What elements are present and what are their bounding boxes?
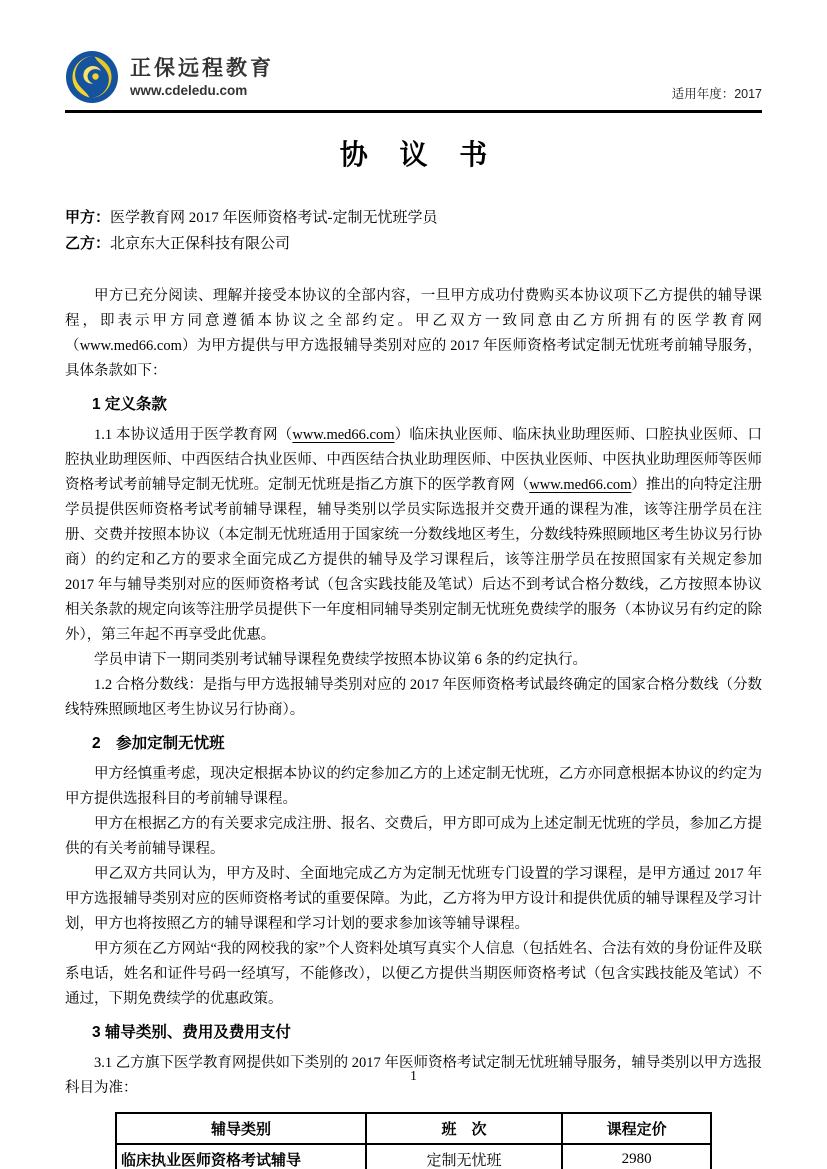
med66-url-link: www.med66.com	[292, 427, 394, 443]
med66-url-link: www.med66.com	[529, 477, 631, 493]
section-2-heading: 2 参加定制无忧班	[65, 731, 762, 756]
document-page: 正保远程教育 www.cdeledu.com 适用年度：2017 协 议 书 甲…	[0, 0, 827, 1169]
section-2-paragraph-2: 甲方在根据乙方的有关要求完成注册、报名、交费后，甲方即可成为上述定制无忧班的学员…	[65, 812, 762, 862]
column-header-class: 班 次	[366, 1113, 562, 1144]
brand-url: www.cdeledu.com	[130, 82, 274, 99]
brand-name: 正保远程教育	[130, 56, 274, 82]
section-3-heading: 3 辅导类别、费用及费用支付	[65, 1020, 762, 1045]
pricing-table-header-row: 辅导类别 班 次 课程定价	[116, 1113, 711, 1144]
document-content: 协 议 书 甲方：医学教育网 2017 年医师资格考试-定制无忧班学员 乙方：北…	[0, 133, 827, 1169]
column-header-price: 课程定价	[562, 1113, 711, 1144]
cell-category: 临床执业医师资格考试辅导	[116, 1144, 366, 1169]
document-title: 协 议 书	[65, 133, 762, 173]
clause-1-1-paragraph: 1.1 本协议适用于医学教育网（www.med66.com）临床执业医师、临床执…	[65, 423, 762, 648]
header-divider	[65, 110, 762, 113]
cell-price: 2980	[562, 1144, 711, 1169]
pricing-table: 辅导类别 班 次 课程定价 临床执业医师资格考试辅导 定制无忧班 2980	[115, 1112, 712, 1169]
section-2-paragraph-4: 甲方须在乙方网站“我的网校我的家”个人资料处填写真实个人信息（包括姓名、合法有效…	[65, 937, 762, 1012]
party-b-line: 乙方：北京东大正保科技有限公司	[65, 231, 762, 257]
document-body: 甲方已充分阅读、理解并接受本协议的全部内容，一旦甲方成功付费购买本协议项下乙方提…	[65, 284, 762, 1169]
party-a-label: 甲方：	[65, 209, 110, 226]
applicable-year-label: 适用年度：2017	[672, 84, 762, 104]
party-b-label: 乙方：	[65, 235, 110, 252]
brand-logo: 正保远程教育 www.cdeledu.com	[65, 50, 274, 104]
clause-1-2-paragraph: 1.2 合格分数线：是指与甲方选报辅导类别对应的 2017 年医师资格考试最终确…	[65, 673, 762, 723]
cell-class: 定制无忧班	[366, 1144, 562, 1169]
section-1-heading: 1 定义条款	[65, 392, 762, 417]
party-a-line: 甲方：医学教育网 2017 年医师资格考试-定制无忧班学员	[65, 205, 762, 231]
brand-swirl-icon	[65, 50, 119, 104]
clause-1-1-text: ）推出的向特定注册学员提供医师资格考试考前辅导课程，辅导类别以学员实际选报并交费…	[65, 477, 762, 643]
page-header: 正保远程教育 www.cdeledu.com 适用年度：2017	[0, 0, 827, 108]
party-b-value: 北京东大正保科技有限公司	[110, 236, 290, 252]
section-2-paragraph-1: 甲方经慎重考虑，现决定根据本协议的约定参加乙方的上述定制无忧班，乙方亦同意根据本…	[65, 762, 762, 812]
brand-text: 正保远程教育 www.cdeledu.com	[130, 56, 274, 99]
clause-1-1-text: 1.1 本协议适用于医学教育网（	[94, 427, 292, 443]
column-header-category: 辅导类别	[116, 1113, 366, 1144]
parties-block: 甲方：医学教育网 2017 年医师资格考试-定制无忧班学员 乙方：北京东大正保科…	[65, 205, 762, 257]
table-row: 临床执业医师资格考试辅导 定制无忧班 2980	[116, 1144, 711, 1169]
section-2-paragraph-3: 甲乙双方共同认为，甲方及时、全面地完成乙方为定制无忧班专门设置的学习课程，是甲方…	[65, 862, 762, 937]
party-a-value: 医学教育网 2017 年医师资格考试-定制无忧班学员	[110, 210, 438, 226]
intro-paragraph: 甲方已充分阅读、理解并接受本协议的全部内容，一旦甲方成功付费购买本协议项下乙方提…	[65, 284, 762, 384]
renewal-note-paragraph: 学员申请下一期同类别考试辅导课程免费续学按照本协议第 6 条的约定执行。	[65, 648, 762, 673]
page-number: 1	[0, 1068, 827, 1084]
